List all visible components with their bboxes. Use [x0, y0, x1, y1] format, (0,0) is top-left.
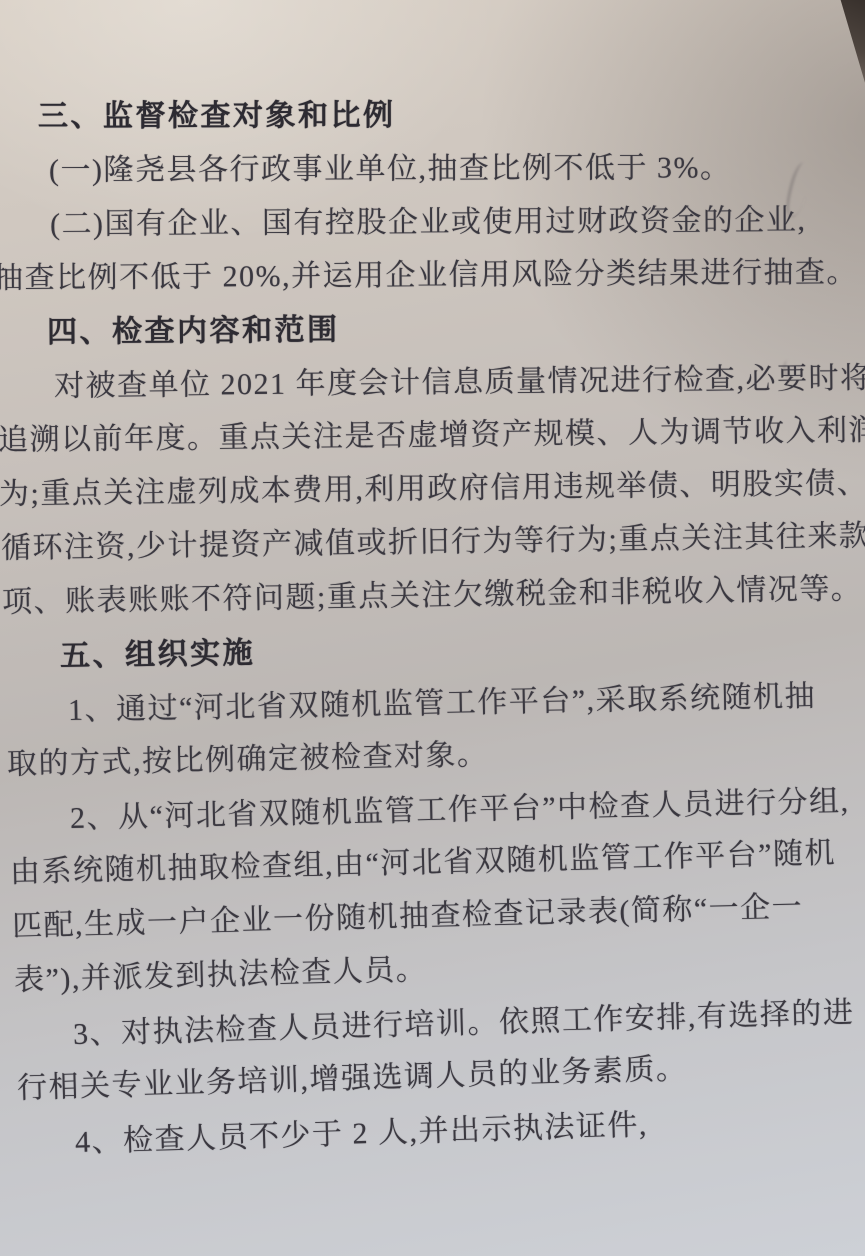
text-line: (一)隆尧县各行政事业单位,抽查比例不低于 3%。 [49, 137, 865, 194]
line-text: 表”),并派发到执法检查人员。 [13, 944, 427, 999]
text-line: (二)国有企业、国有控股企业或使用过财政资金的企业, [50, 189, 865, 248]
section-heading: 三、监督检查对象和比例 [38, 84, 865, 140]
line-text: 三、监督检查对象和比例 [38, 90, 396, 135]
line-text: 四、检查内容和范围 [47, 304, 340, 350]
line-text: 4、检查人员不少于 2 人,并出示执法证件, [74, 1099, 648, 1161]
line-text: (一)隆尧县各行政事业单位,抽查比例不低于 3%。 [49, 142, 732, 189]
photographed-document-page: 三、监督检查对象和比例(一)隆尧县各行政事业单位,抽查比例不低于 3%。(二)国… [0, 0, 865, 1256]
document-body: 三、监督检查对象和比例(一)隆尧县各行政事业单位,抽查比例不低于 3%。(二)国… [0, 86, 865, 1166]
line-text: 项、账表账账不符问题;重点关注欠缴税金和非税收入情况等。 [2, 563, 863, 621]
text-line: 抽查比例不低于 20%,并运用企业信用风险分类结果进行抽查。 [0, 242, 865, 302]
line-text: 为;重点关注虚列成本费用,利用政府信用违规举债、明股实债、 [0, 458, 865, 513]
line-text: 取的方式,按比例确定被检查对象。 [7, 729, 489, 783]
line-text: (二)国有企业、国有控股企业或使用过财政资金的企业, [50, 195, 807, 243]
line-text: 对被查单位 2021 年度会计信息质量情况进行检查,必要时将 [54, 353, 865, 405]
line-text: 循环注资,少计提资产减值或折旧行为等行为;重点关注其往来款 [0, 510, 865, 567]
line-text: 五、组织实施 [60, 628, 256, 675]
line-text: 抽查比例不低于 20%,并运用企业信用风险分类结果进行抽查。 [0, 247, 858, 297]
line-text: 追溯以前年度。重点关注是否虚增资产规模、人为调节收入利润行 [0, 404, 865, 459]
section-heading: 四、检查内容和范围 [47, 295, 865, 356]
